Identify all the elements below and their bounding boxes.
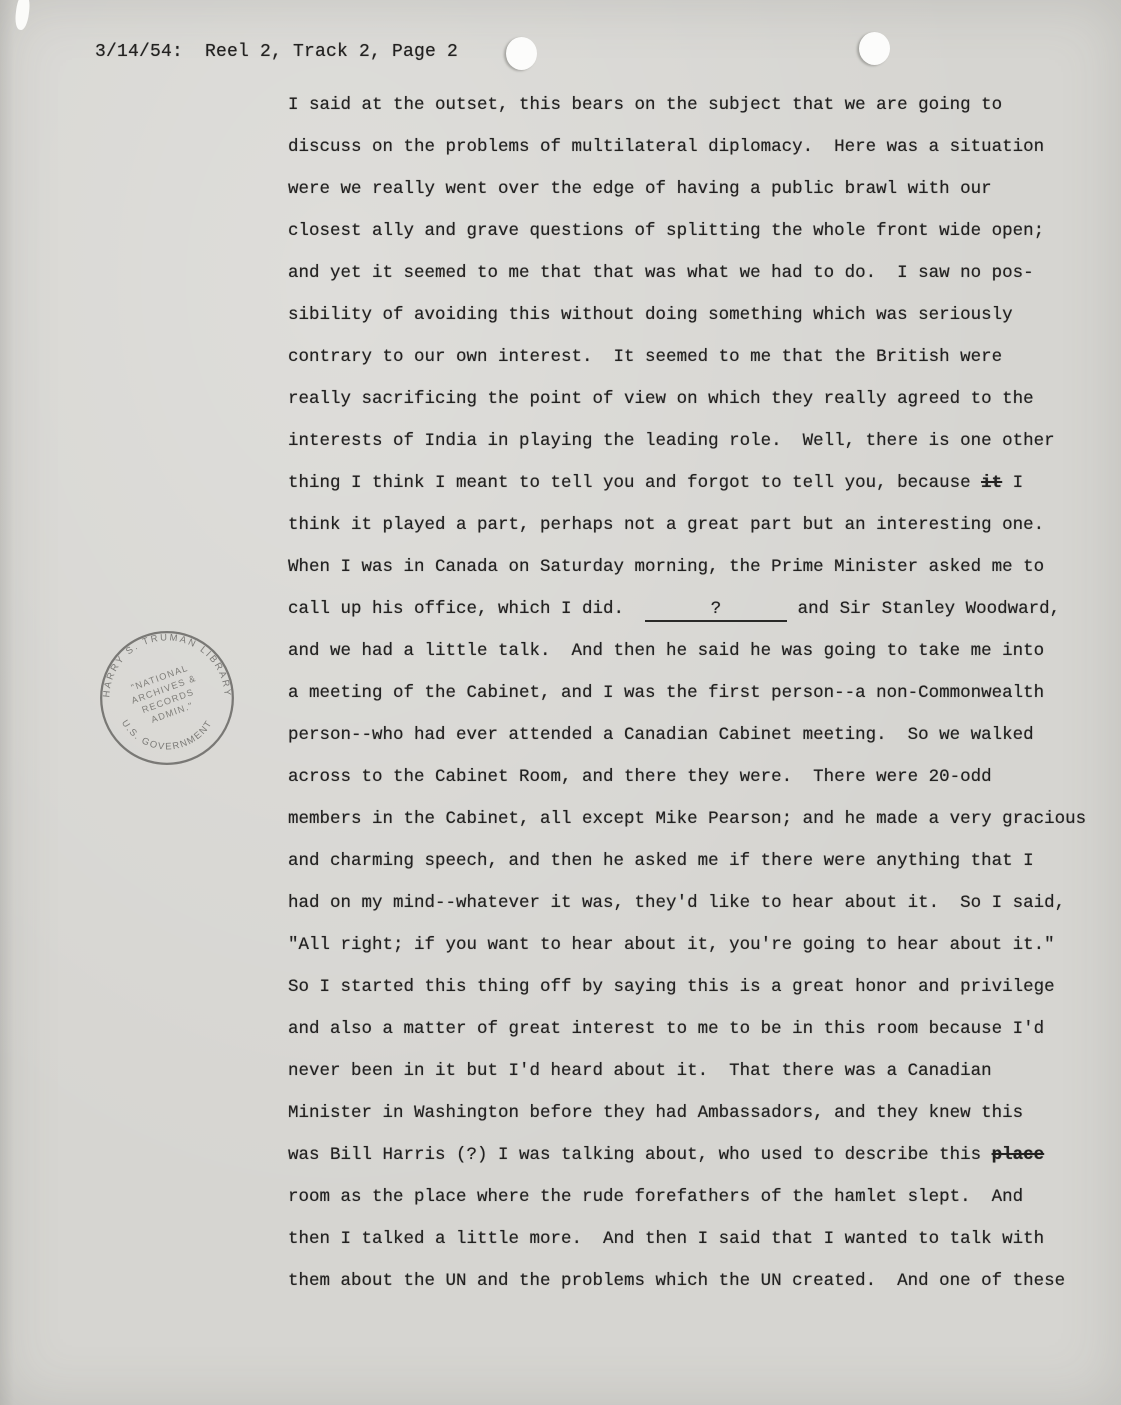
text-line: discuss on the problems of multilateral … bbox=[288, 126, 1110, 168]
text-segment: Minister in Washington before they had A… bbox=[288, 1103, 1023, 1123]
text-line: were we really went over the edge of hav… bbox=[288, 168, 1110, 210]
text-segment: were we really went over the edge of hav… bbox=[288, 179, 992, 199]
text-segment: was Bill Harris (?) I was talking about,… bbox=[288, 1145, 992, 1165]
text-segment: and we had a little talk. And then he sa… bbox=[288, 641, 1044, 661]
text-segment: call up his office, which I did. bbox=[288, 599, 645, 619]
text-line: and we had a little talk. And then he sa… bbox=[288, 630, 1110, 672]
text-segment: and Sir Stanley Woodward, bbox=[787, 599, 1060, 619]
text-segment: discuss on the problems of multilateral … bbox=[288, 137, 1044, 157]
text-line: them about the UN and the problems which… bbox=[288, 1260, 1110, 1302]
text-segment: really sacrificing the point of view on … bbox=[288, 389, 1034, 409]
punch-hole-right bbox=[859, 32, 890, 65]
text-line: and yet it seemed to me that that was wh… bbox=[288, 252, 1110, 294]
stamp-arc-bottom-text: U.S. GOVERNMENT bbox=[119, 718, 215, 752]
text-segment: and charming speech, and then he asked m… bbox=[288, 851, 1034, 871]
text-line: really sacrificing the point of view on … bbox=[288, 378, 1110, 420]
text-line: never been in it but I'd heard about it.… bbox=[288, 1050, 1110, 1092]
document-body: I said at the outset, this bears on the … bbox=[288, 84, 1110, 1302]
text-segment: When I was in Canada on Saturday morning… bbox=[288, 557, 1044, 577]
text-segment: person--who had ever attended a Canadian… bbox=[288, 725, 1034, 745]
text-line: I said at the outset, this bears on the … bbox=[288, 84, 1110, 126]
text-segment: thing I think I meant to tell you and fo… bbox=[288, 473, 981, 493]
text-segment: interests of India in playing the leadin… bbox=[288, 431, 1055, 451]
struck-out-text: it bbox=[981, 473, 1002, 493]
text-segment: members in the Cabinet, all except Mike … bbox=[288, 809, 1086, 829]
text-line: then I talked a little more. And then I … bbox=[288, 1218, 1110, 1260]
text-segment: had on my mind--whatever it was, they'd … bbox=[288, 893, 1065, 913]
text-line: had on my mind--whatever it was, they'd … bbox=[288, 882, 1110, 924]
page-header: 3/14/54: Reel 2, Track 2, Page 2 bbox=[95, 42, 458, 62]
text-segment: So I started this thing off by saying th… bbox=[288, 977, 1055, 997]
fill-in-blank: ? bbox=[645, 598, 787, 622]
text-segment: never been in it but I'd heard about it.… bbox=[288, 1061, 992, 1081]
text-line: Minister in Washington before they had A… bbox=[288, 1092, 1110, 1134]
punch-hole-left bbox=[506, 37, 537, 70]
text-segment: think it played a part, perhaps not a gr… bbox=[288, 515, 1044, 535]
text-segment: and also a matter of great interest to m… bbox=[288, 1019, 1044, 1039]
document-page: 3/14/54: Reel 2, Track 2, Page 2 HARRY S… bbox=[0, 0, 1121, 1405]
text-line: room as the place where the rude forefat… bbox=[288, 1176, 1110, 1218]
text-line: think it played a part, perhaps not a gr… bbox=[288, 504, 1110, 546]
text-segment: I said at the outset, this bears on the … bbox=[288, 95, 1002, 115]
text-segment: them about the UN and the problems which… bbox=[288, 1271, 1065, 1291]
text-segment: sibility of avoiding this without doing … bbox=[288, 305, 1013, 325]
text-line: and also a matter of great interest to m… bbox=[288, 1008, 1110, 1050]
text-segment: a meeting of the Cabinet, and I was the … bbox=[288, 683, 1044, 703]
text-line: and charming speech, and then he asked m… bbox=[288, 840, 1110, 882]
text-segment: "All right; if you want to hear about it… bbox=[288, 935, 1055, 955]
scan-edge-artifact bbox=[14, 0, 31, 31]
struck-out-text: place bbox=[992, 1145, 1045, 1165]
text-line: across to the Cabinet Room, and there th… bbox=[288, 756, 1110, 798]
text-line: members in the Cabinet, all except Mike … bbox=[288, 798, 1110, 840]
text-line: interests of India in playing the leadin… bbox=[288, 420, 1110, 462]
text-line: closest ally and grave questions of spli… bbox=[288, 210, 1110, 252]
text-segment: room as the place where the rude forefat… bbox=[288, 1187, 1023, 1207]
text-segment: then I talked a little more. And then I … bbox=[288, 1229, 1044, 1249]
text-line: thing I think I meant to tell you and fo… bbox=[288, 462, 1110, 504]
text-line: person--who had ever attended a Canadian… bbox=[288, 714, 1110, 756]
text-line: When I was in Canada on Saturday morning… bbox=[288, 546, 1110, 588]
text-segment: and yet it seemed to me that that was wh… bbox=[288, 263, 1034, 283]
text-line: contrary to our own interest. It seemed … bbox=[288, 336, 1110, 378]
text-segment: I bbox=[1002, 473, 1023, 493]
text-line: was Bill Harris (?) I was talking about,… bbox=[288, 1134, 1110, 1176]
text-line: So I started this thing off by saying th… bbox=[288, 966, 1110, 1008]
archive-stamp: HARRY S. TRUMAN LIBRARY U.S. GOVERNMENT … bbox=[95, 626, 239, 770]
text-segment: closest ally and grave questions of spli… bbox=[288, 221, 1044, 241]
text-line: call up his office, which I did. ? and S… bbox=[288, 588, 1110, 630]
text-line: a meeting of the Cabinet, and I was the … bbox=[288, 672, 1110, 714]
text-segment: contrary to our own interest. It seemed … bbox=[288, 347, 1002, 367]
text-line: sibility of avoiding this without doing … bbox=[288, 294, 1110, 336]
text-line: "All right; if you want to hear about it… bbox=[288, 924, 1110, 966]
text-segment: across to the Cabinet Room, and there th… bbox=[288, 767, 992, 787]
